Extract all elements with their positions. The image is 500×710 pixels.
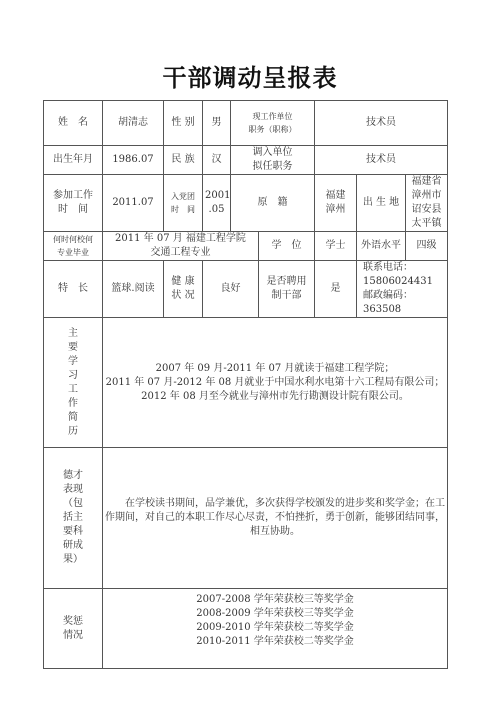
health-label: 健 康 状 况 [164,261,203,318]
award-line: 2008-2009 学年荣获校三等奖学金 [105,607,445,621]
name-value: 胡清志 [103,101,164,146]
resume-line: 2011 年 07 月-2012 年 08 月就业于中国水利水电第十六工程局有限… [105,376,445,390]
gender-label: 性 别 [164,101,203,146]
birth-label: 出生年月 [44,146,103,175]
gender-value: 男 [203,101,231,146]
language-value: 四级 [406,232,448,261]
hired-cadre-label: 是否聘用 制干部 [259,261,315,318]
native-place-label: 原 籍 [231,175,315,232]
ethnicity-value: 汉 [203,146,231,175]
specialty-label: 特 长 [44,261,103,318]
language-label: 外语水平 [357,232,406,261]
party-join-value: 2001 .05 [203,175,231,232]
performance-content: 在学校读书期间，品学兼优，多次获得学校颁发的进步奖和奖学金；在工作期间，对自己的… [103,448,448,589]
hired-cadre-value: 是 [315,261,357,318]
resume-line: 2007 年 09 月-2011 年 07 月就读于福建工程学院； [105,362,445,376]
award-line: 2007-2008 学年荣获校三等奖学金 [105,593,445,607]
contact-info: 联系电话：15806024431 邮政编码：363508 [357,261,448,318]
phone-text: 联系电话：15806024431 [363,261,445,289]
party-join-label: 入党团 时 间 [164,175,203,232]
current-position-label: 现工作单位 职务（职称） [231,101,315,146]
postcode-text: 邮政编码：363508 [363,289,445,317]
cadre-transfer-form: 姓 名 胡清志 性 别 男 现工作单位 职务（职称） 技术员 出生年月 1986… [43,100,448,669]
current-position-value: 技术员 [315,101,448,146]
resume-label: 主 要 学 习 工 作 简 历 [44,318,103,448]
resume-content: 2007 年 09 月-2011 年 07 月就读于福建工程学院； 2011 年… [103,318,448,448]
health-value: 良好 [203,261,259,318]
award-line: 2009-2010 学年荣获校二等奖学金 [105,621,445,635]
performance-label: 德才 表现 （包 括主 要科 研成 果） [44,448,103,589]
degree-value: 学士 [315,232,357,261]
work-start-label: 参加工作 时 间 [44,175,103,232]
specialty-value: 篮球.阅读 [103,261,164,318]
awards-label: 奖惩 情况 [44,589,103,669]
birth-value: 1986.07 [103,146,164,175]
awards-content: 2007-2008 学年荣获校三等奖学金 2008-2009 学年荣获校三等奖学… [103,589,448,669]
birthplace-label: 出 生 地 [357,175,406,232]
native-place-value: 福建 漳州 [315,175,357,232]
name-label: 姓 名 [44,101,103,146]
award-line: 2010-2011 学年荣获校二等奖学金 [105,635,445,649]
work-start-value: 2011.07 [103,175,164,232]
target-position-value: 技术员 [315,146,448,175]
resume-line: 2012 年 08 月至今就业与漳州市先行勘测设计院有限公司。 [105,390,445,404]
birthplace-value: 福建省漳州市 诏安县太平镇 [406,175,448,232]
page-title: 干部调动呈报表 [0,58,500,93]
graduation-value: 2011 年 07 月 福建工程学院 交通工程专业 [103,232,259,261]
degree-label: 学 位 [259,232,315,261]
graduation-label: 何时何校何 专业毕业 [44,232,103,261]
target-position-label: 调入单位 拟任职务 [231,146,315,175]
ethnicity-label: 民 族 [164,146,203,175]
